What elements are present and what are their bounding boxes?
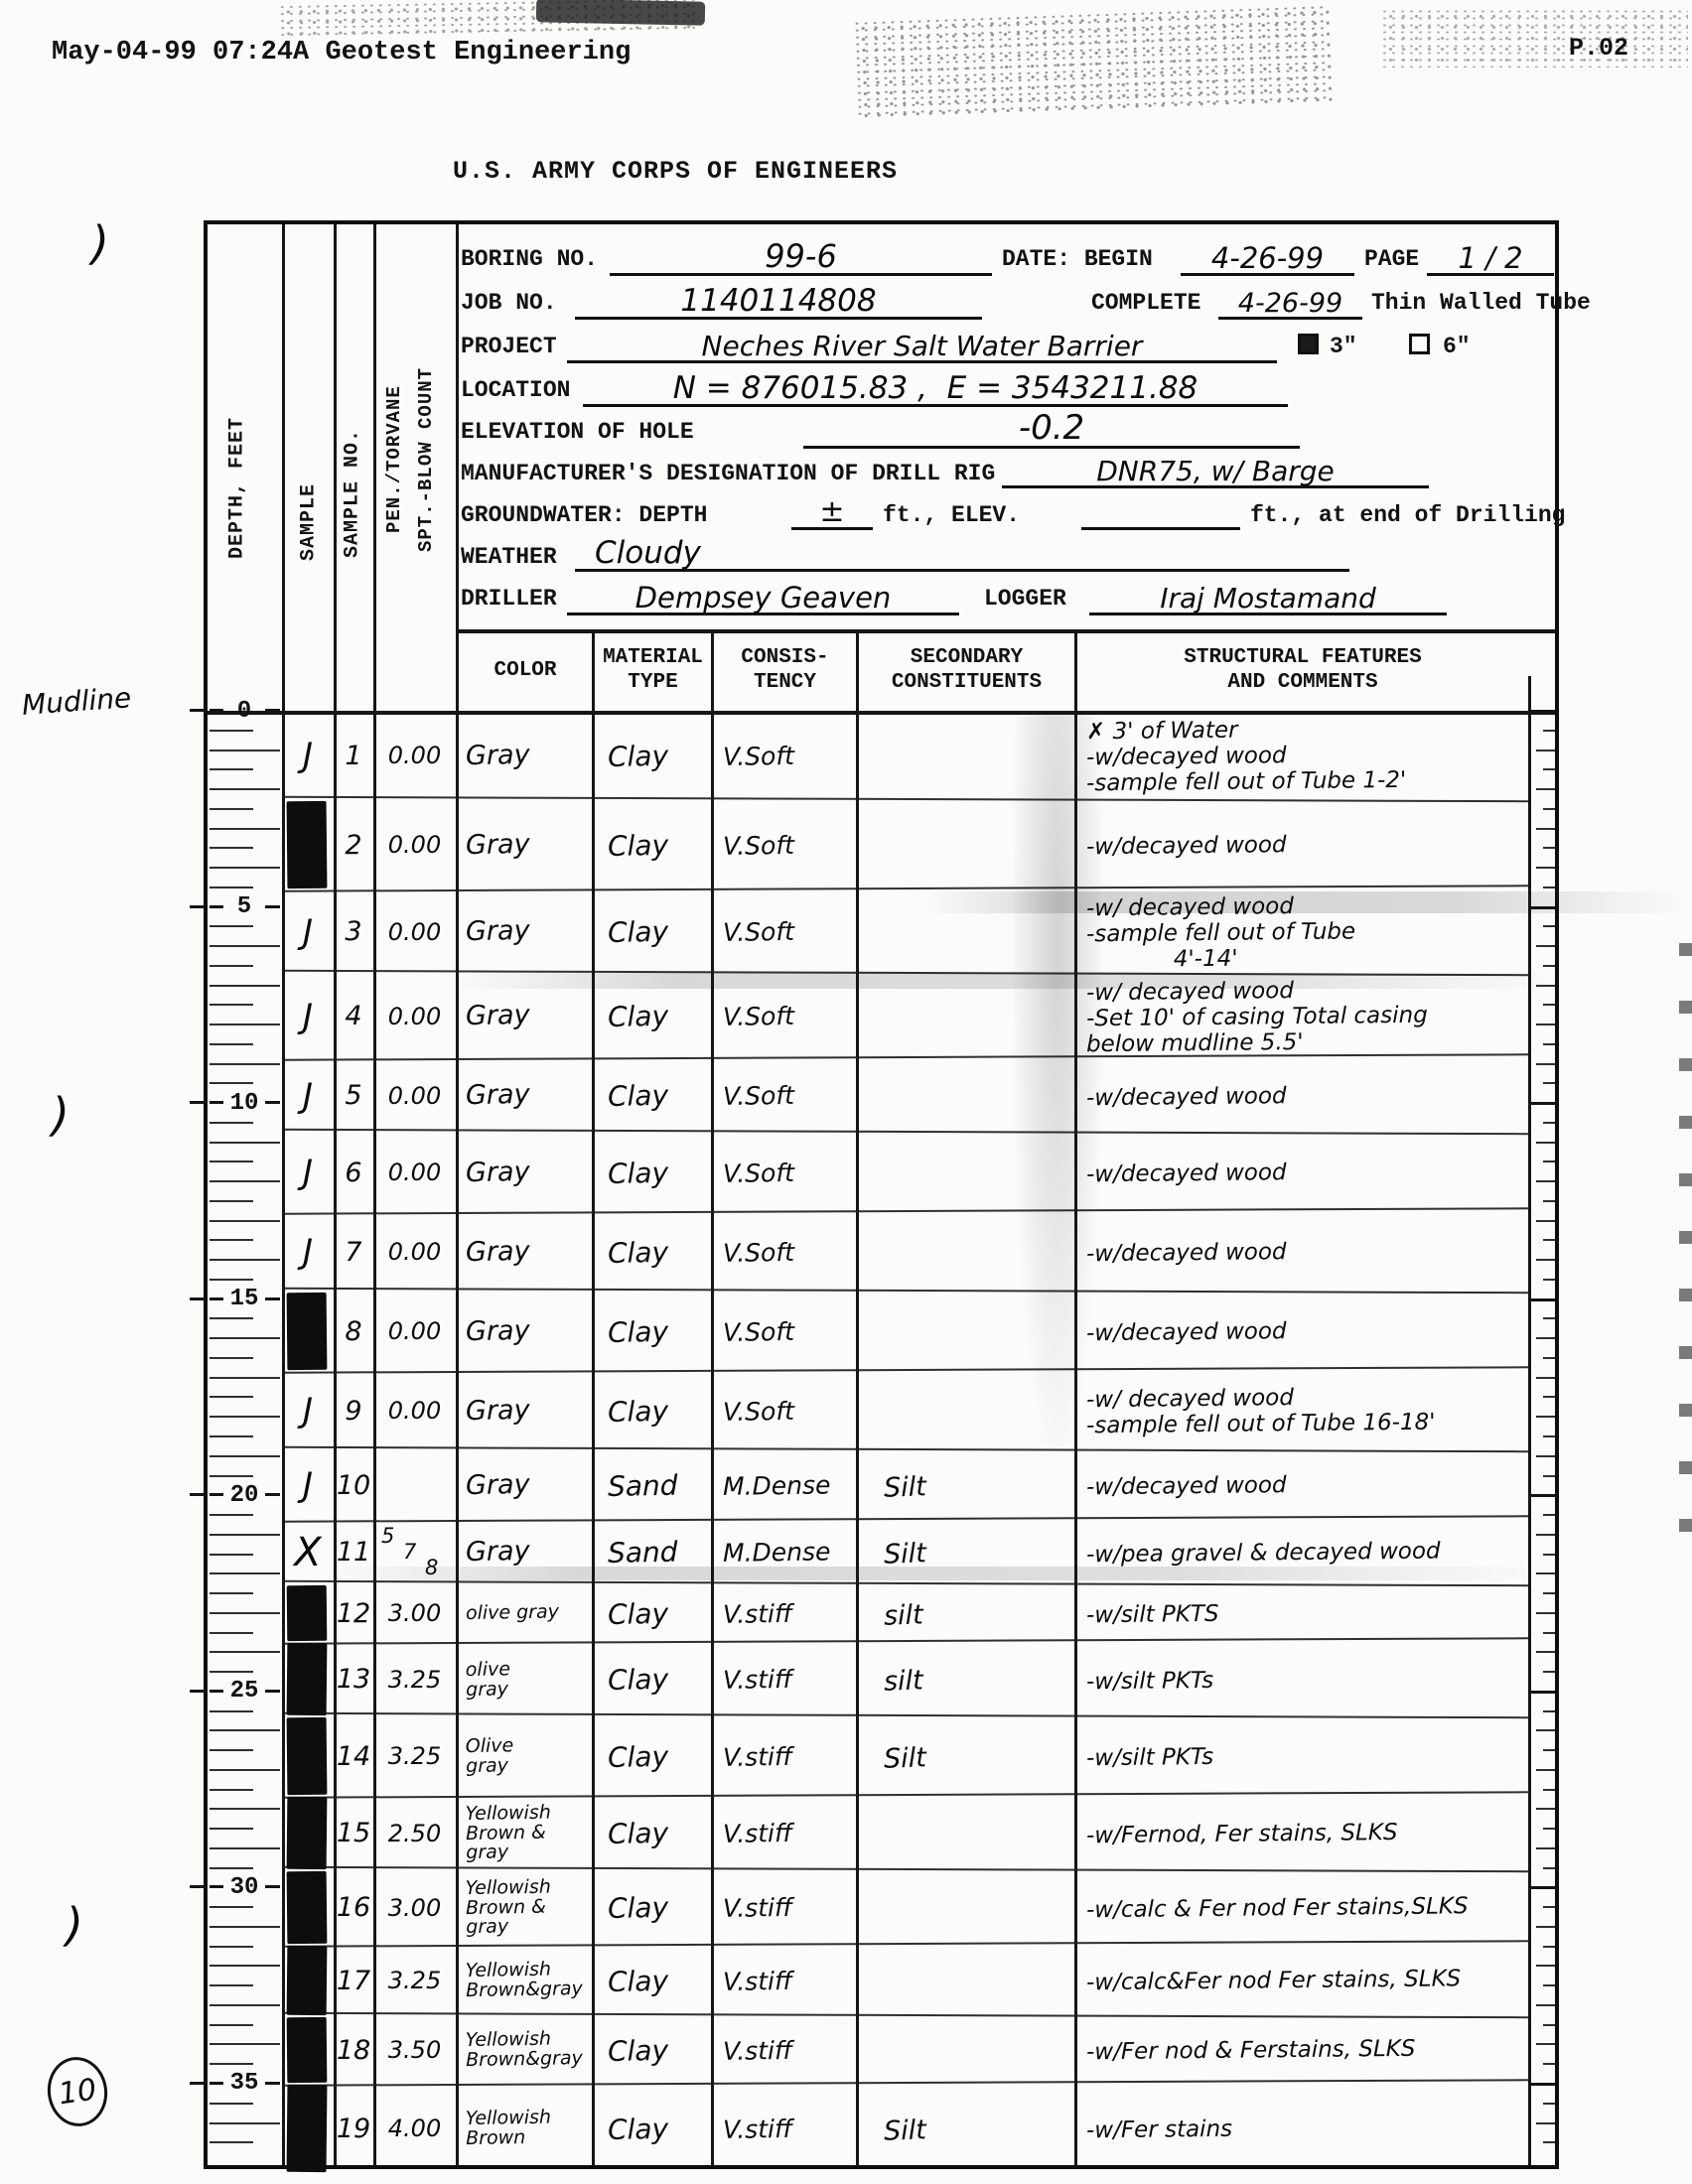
ruler-tick: [1536, 1965, 1555, 1967]
cell-comments: -w/pea gravel & decayed wood: [1086, 1523, 1518, 1581]
page-title: U.S. ARMY CORPS OF ENGINEERS: [452, 157, 899, 186]
ruler-tick: [1543, 1160, 1555, 1162]
depth-tick: [210, 1160, 253, 1162]
cell-consistency: V.stiff: [722, 1715, 852, 1797]
depth-tick: [210, 2122, 280, 2124]
sample-number: 18: [334, 2016, 373, 2084]
sample-number: 8: [334, 1292, 373, 1371]
depth-scale-label: 10: [221, 1087, 267, 1119]
cell-color: Yellowish Brown & gray: [465, 1869, 590, 1946]
ruler-tick: [1543, 808, 1555, 810]
depth-tick: [210, 828, 280, 830]
cell-comments: -w/ decayed wood-sample fell out of Tube…: [1086, 892, 1518, 971]
depth-tick: [210, 945, 280, 947]
ruler-tick: [1543, 1239, 1555, 1241]
ruler-tick: [1543, 847, 1555, 849]
comment-line: -w/calc & Fer nod Fer stains,SLKS: [1086, 1892, 1518, 1923]
depth-tick: [210, 1377, 280, 1379]
depth-tick: [210, 1808, 280, 1810]
cell-comments: -w/calc&Fer nod Fer stains, SLKS: [1086, 1948, 1518, 2013]
pen-torvane-value: 0.00: [373, 800, 456, 889]
sample-type-mark: J: [282, 1133, 334, 1212]
cell-comments: -w/Fernod, Fer stains, SLKS: [1086, 1799, 1518, 1867]
ruler-tick: [1543, 1828, 1555, 1830]
ruler-tick: [1543, 1082, 1555, 1084]
depth-tick: [210, 1671, 253, 1673]
depth-scale-label: 15: [221, 1284, 267, 1315]
depth-tick: [210, 768, 253, 770]
cell-material-type: Sand: [607, 1519, 707, 1585]
cell-consistency: V.Soft: [722, 710, 852, 801]
depth-tick: [210, 1749, 253, 1751]
ruler-tick: [1543, 1122, 1555, 1124]
depth-tick: [210, 2063, 253, 2065]
depth-tick: [210, 1847, 280, 1849]
comment-line: -Set 10' of casing Total casing: [1086, 1001, 1518, 1031]
cell-color: olive gray: [465, 1641, 590, 1717]
sample-number: 15: [334, 1796, 373, 1870]
depth-tick: [210, 1142, 280, 1144]
depth-tick: [210, 1180, 280, 1182]
circled-page-number: 10: [43, 2053, 111, 2130]
ruler-tick: [1543, 1592, 1555, 1594]
cell-secondary-constituents: Silt: [883, 1517, 1044, 1587]
depth-tick-dash: [265, 905, 280, 908]
cell-consistency: V.Soft: [722, 1370, 852, 1451]
ruler-tick: [1528, 1886, 1555, 1889]
ruler-tick: [1528, 1494, 1555, 1497]
cell-material-type: Clay: [607, 888, 708, 975]
ruler-tick: [1543, 730, 1555, 732]
cell-material-type: Sand: [607, 1449, 707, 1521]
cell-secondary-constituents: Silt: [883, 1713, 1045, 1799]
comment-line: -w/decayed wood: [1086, 1470, 1518, 1501]
ruler-tick: [1536, 750, 1555, 751]
pen-torvane-value: 3.00: [373, 1584, 456, 1642]
sample-number: 11: [334, 1520, 373, 1584]
ruler-tick: [1543, 965, 1555, 967]
comment-line: -w/calc&Fer nod Fer stains, SLKS: [1086, 1966, 1518, 1996]
ruler-tick: [1543, 887, 1555, 888]
sample-type-mark: J: [282, 1212, 334, 1292]
ruler-tick: [1536, 1651, 1555, 1653]
sample-interval-bar: [287, 1717, 328, 1795]
depth-tick: [210, 1435, 253, 1437]
log-body: 05101520253035J10.00GrayClayV.Soft✗ 3' o…: [208, 224, 1555, 2165]
depth-tick: [210, 1043, 253, 1045]
cell-consistency: V.Soft: [722, 1132, 852, 1213]
cell-comments: -w/calc & Fer nod Fer stains,SLKS: [1086, 1873, 1518, 1942]
depth-tick: [210, 985, 280, 987]
sample-number: 2: [334, 800, 373, 889]
depth-tick-dash: [190, 1101, 206, 1104]
cell-consistency: V.Soft: [722, 1211, 852, 1293]
margin-paren-mark: ): [52, 1088, 70, 1142]
ruler-tick: [1543, 1004, 1555, 1006]
cell-comments: -w/decayed wood: [1086, 1453, 1518, 1517]
sample-interval-bar: [287, 1797, 328, 1869]
pen-torvane-value: 0.00: [373, 711, 456, 800]
depth-tick: [210, 2043, 280, 2045]
ruler-tick: [1536, 985, 1555, 987]
comment-line: -w/silt PKTS: [1086, 1598, 1518, 1629]
cell-consistency: V.stiff: [723, 1583, 853, 1643]
ruler-tick: [1528, 906, 1555, 909]
ruler-tick: [1536, 1377, 1555, 1379]
pen-torvane-value: 0.00: [373, 1371, 456, 1450]
cell-color: Gray: [465, 1449, 590, 1521]
cell-secondary-constituents: silt: [883, 1639, 1045, 1719]
ruler-tick: [1543, 1514, 1555, 1516]
sample-number: 14: [334, 1716, 373, 1796]
ruler-tick: [1536, 1534, 1555, 1536]
depth-tick-dash: [265, 1493, 280, 1496]
sample-interval-bar: [287, 2085, 328, 2172]
depth-tick: [210, 1984, 253, 1986]
ruler-tick: [1536, 1416, 1555, 1418]
ruler-tick: [1543, 1435, 1555, 1437]
cell-comments: -w/Fer stains: [1086, 2087, 1518, 2170]
cell-material-type: Clay: [607, 1132, 708, 1213]
cell-color: Gray: [465, 710, 591, 801]
cell-color: Gray: [465, 1519, 590, 1585]
cell-consistency: V.stiff: [722, 1869, 852, 1946]
pen-torvane-value: 0.00: [373, 1058, 456, 1133]
cell-color: Gray: [465, 799, 591, 890]
depth-tick: [210, 1828, 253, 1830]
ruler-tick: [1536, 1612, 1555, 1614]
pen-torvane-value: 3.25: [373, 1716, 456, 1796]
comment-line: -sample fell out of Tube: [1086, 916, 1518, 947]
sample-number: 12: [334, 1584, 373, 1642]
ruler-tick: [1543, 2103, 1555, 2105]
sample-type-mark: J: [282, 711, 334, 800]
cell-color: Gray: [465, 1291, 590, 1372]
depth-tick-dash: [190, 1690, 206, 1693]
depth-tick-dash: [190, 905, 206, 908]
pen-torvane-value: 3.00: [373, 1870, 456, 1945]
comment-line: -w/silt PKTs: [1086, 1664, 1518, 1695]
cell-consistency: M.Dense: [723, 1449, 853, 1521]
depth-scale-label: 35: [221, 2068, 267, 2100]
cell-consistency: V.stiff: [723, 1944, 853, 2017]
depth-tick-dash: [265, 1297, 280, 1300]
ruler-tick: [1543, 1357, 1555, 1359]
comment-line: -w/silt PKTs: [1086, 1741, 1518, 1772]
comment-line: -w/decayed wood: [1086, 1080, 1518, 1111]
depth-tick: [210, 1867, 253, 1869]
cell-consistency: V.stiff: [722, 1795, 852, 1871]
cell-color: Yellowish Brown&gray: [465, 1944, 590, 2017]
cell-color: Gray: [465, 973, 590, 1059]
sample-type-mark: J: [282, 1058, 334, 1133]
ruler-tick: [1536, 1180, 1555, 1182]
ruler-tick: [1536, 1220, 1555, 1222]
mudline-annotation: Mudline: [21, 681, 132, 722]
ruler-tick: [1536, 1572, 1555, 1574]
cell-secondary-constituents: Silt: [883, 1447, 1044, 1523]
depth-tick: [210, 808, 253, 810]
depth-tick: [210, 1357, 253, 1359]
depth-tick: [210, 1710, 253, 1712]
depth-tick: [210, 1024, 280, 1025]
sample-type-mark: X: [282, 1520, 334, 1584]
depth-tick: [210, 1769, 280, 1771]
cell-consistency: M.Dense: [723, 1519, 853, 1585]
cell-color: Yellowish Brown & gray: [465, 1795, 590, 1871]
depth-tick: [210, 788, 280, 790]
depth-tick: [210, 1004, 253, 1006]
depth-tick: [210, 1651, 280, 1653]
cell-comments: -w/silt PKTs: [1086, 1719, 1518, 1793]
comment-line: -w/decayed wood: [1086, 830, 1518, 861]
depth-tick: [210, 1965, 280, 1967]
ruler-tick: [1536, 1729, 1555, 1731]
ruler-tick: [1536, 1024, 1555, 1025]
depth-tick: [210, 1632, 253, 1634]
ruler-tick: [1536, 1769, 1555, 1771]
ruler-tick: [1528, 1102, 1555, 1105]
pen-torvane-value: 3.25: [373, 1642, 456, 1716]
depth-tick: [210, 1906, 253, 1908]
comment-line: -sample fell out of Tube 16-18': [1086, 1409, 1518, 1439]
comment-line: -sample fell out of Tube 1-2': [1086, 766, 1518, 797]
depth-tick: [210, 1572, 280, 1574]
cell-consistency: V.Soft: [722, 1057, 852, 1134]
depth-tick: [210, 1239, 253, 1241]
sample-type-mark: J: [282, 889, 334, 974]
pen-torvane-value: 0.00: [373, 1212, 456, 1292]
depth-tick: [210, 965, 253, 967]
ruler-tick: [1536, 788, 1555, 790]
cell-comments: -w/silt PKTs: [1086, 1645, 1518, 1713]
depth-tick: [210, 925, 253, 927]
depth-tick: [210, 1259, 280, 1261]
cell-material-type: Clay: [607, 973, 708, 1059]
sample-interval-bar: [287, 1293, 328, 1370]
sample-number: 4: [334, 974, 373, 1058]
pen-torvane-value: 3.50: [373, 2016, 456, 2084]
sample-interval-bar: [287, 1643, 328, 1715]
pen-torvane-value: 3.25: [373, 1945, 456, 2016]
depth-tick: [210, 2103, 253, 2105]
depth-tick: [210, 1455, 280, 1457]
cell-comments: -w/decayed wood: [1086, 1136, 1518, 1209]
depth-tick: [210, 750, 280, 751]
cell-comments: -w/decayed wood: [1086, 1061, 1518, 1130]
cell-material-type: Clay: [607, 1944, 707, 2017]
cell-consistency: V.Soft: [722, 973, 852, 1059]
scanned-boring-log-page: May-04-99 07:24A Geotest Engineering P.0…: [0, 0, 1692, 2184]
depth-tick: [210, 887, 253, 888]
cell-color: Gray: [465, 1132, 590, 1213]
depth-tick: [210, 1279, 253, 1281]
comment-line: 4'-14': [1086, 942, 1518, 973]
comment-line: -w/Fer nod & Ferstains, SLKS: [1086, 2035, 1518, 2066]
sample-interval-bar: [287, 1871, 328, 1944]
ruler-tick: [1528, 1298, 1555, 1301]
cell-comments: -w/ decayed wood-sample fell out of Tube…: [1086, 1374, 1518, 1447]
pen-torvane-value: 4.00: [373, 2084, 456, 2173]
comment-line: -w/decayed wood: [1086, 1237, 1518, 1268]
sample-number: 19: [334, 2084, 373, 2173]
cell-comments: ✗ 3' of Water-w/decayed wood-sample fell…: [1086, 714, 1518, 797]
ruler-tick: [1536, 1455, 1555, 1457]
depth-scale-label: 20: [221, 1479, 267, 1511]
sample-number: 7: [334, 1212, 373, 1292]
scan-noise: [278, 0, 696, 38]
blow-count-value: 7: [403, 1540, 416, 1564]
pen-torvane-value: 2.50: [373, 1796, 456, 1870]
comment-line: -w/ decayed wood: [1086, 890, 1518, 921]
depth-tick: [210, 1592, 253, 1594]
depth-tick: [210, 730, 253, 732]
cell-material-type: Clay: [607, 1583, 707, 1643]
depth-tick: [210, 1789, 253, 1791]
cell-color: Olive gray: [465, 1715, 590, 1797]
depth-tick-dash: [265, 709, 280, 712]
cell-color: olive gray: [466, 1583, 591, 1643]
depth-tick: [210, 1200, 253, 1202]
cell-consistency: V.stiff: [723, 2015, 853, 2085]
blow-count-value: 5: [381, 1524, 394, 1548]
depth-tick-dash: [265, 1690, 280, 1693]
sample-number: 9: [334, 1371, 373, 1450]
ruler-tick: [1536, 1808, 1555, 1810]
cell-material-type: Clay: [607, 710, 708, 801]
depth-tick: [210, 1220, 280, 1222]
cell-comments: -w/Fer nod & Ferstains, SLKS: [1086, 2019, 1518, 2081]
scan-noise: [536, 0, 705, 26]
cell-color: Gray: [465, 1370, 590, 1451]
ruler-tick: [1528, 2083, 1555, 2086]
ruler-tick: [1536, 2004, 1555, 2006]
depth-tick: [210, 2024, 253, 2026]
sample-number: 6: [334, 1133, 373, 1212]
blow-count-value: 8: [425, 1556, 438, 1579]
ruler-tick: [1543, 1396, 1555, 1398]
ruler-tick: [1543, 1710, 1555, 1712]
depth-tick: [210, 1317, 253, 1319]
depth-tick: [210, 1612, 280, 1614]
depth-tick: [210, 1082, 253, 1084]
depth-tick: [210, 1554, 253, 1556]
cell-material-type: Clay: [607, 1795, 708, 1871]
depth-tick: [210, 1514, 253, 1516]
ruler-tick: [1543, 1906, 1555, 1908]
cell-secondary-constituents: Silt: [882, 2081, 1044, 2176]
cell-material-type: Clay: [607, 1291, 708, 1372]
boring-log-table: DEPTH, FEET SAMPLE SAMPLE NO. PEN./TORVA…: [204, 220, 1559, 2169]
sample-interval-bar: [287, 801, 328, 888]
depth-tick: [210, 2141, 253, 2143]
pen-torvane-value: 0.00: [373, 974, 456, 1058]
ruler-tick: [1543, 1984, 1555, 1986]
cell-comments: -w/decayed wood: [1086, 1295, 1518, 1368]
ruler-tick: [1543, 1554, 1555, 1556]
depth-tick-dash: [190, 709, 206, 712]
sample-interval-bar: [287, 2017, 328, 2083]
comment-line: -w/Fer stains: [1086, 2114, 1518, 2144]
ruler-tick: [1536, 1337, 1555, 1339]
fax-header-left: May-04-99 07:24A Geotest Engineering: [52, 38, 631, 68]
cell-consistency: V.Soft: [722, 888, 852, 975]
comment-line: below mudline 5.5': [1086, 1026, 1518, 1057]
ruler-tick: [1536, 2043, 1555, 2045]
depth-tick: [210, 1063, 280, 1065]
sample-number: 10: [334, 1450, 373, 1520]
depth-tick: [210, 1946, 253, 1948]
ruler-tick: [1536, 1063, 1555, 1065]
depth-tick: [210, 2004, 280, 2006]
cell-color: Yellowish Brown: [465, 2083, 591, 2174]
cell-consistency: V.Soft: [722, 1291, 852, 1372]
comment-line: -w/decayed wood: [1086, 1316, 1518, 1347]
cell-material-type: Clay: [607, 1869, 708, 1946]
cell-color: Yellowish Brown&gray: [465, 2015, 590, 2085]
cell-comments: -w/decayed wood: [1086, 803, 1518, 887]
sample-number: 17: [334, 1945, 373, 2016]
ruler-tick: [1543, 1671, 1555, 1673]
depth-tick: [210, 1122, 253, 1124]
depth-tick-dash: [265, 1885, 280, 1888]
ruler-tick: [1543, 1789, 1555, 1791]
margin-paren-mark: ): [66, 1898, 83, 1952]
cell-comments: -w/decayed wood: [1086, 1215, 1518, 1289]
sample-interval-bar: [287, 1585, 328, 1641]
cell-color: Gray: [465, 888, 590, 975]
comment-line: -w/Fernod, Fer stains, SLKS: [1086, 1818, 1518, 1848]
sample-number: 13: [334, 1642, 373, 1716]
cell-material-type: Clay: [607, 799, 708, 890]
cell-material-type: Clay: [607, 1057, 708, 1134]
comment-line: -w/decayed wood: [1086, 1158, 1518, 1188]
depth-tick: [210, 1534, 280, 1536]
depth-scale-label: 25: [221, 1676, 267, 1707]
cell-material-type: Clay: [607, 1641, 708, 1717]
ruler-tick: [1543, 1867, 1555, 1869]
cell-comments: -w/silt PKTS: [1086, 1587, 1518, 1639]
ruler-tick: [1543, 925, 1555, 927]
ruler-tick: [1528, 710, 1555, 713]
depth-tick-dash: [190, 1297, 206, 1300]
cell-comments: -w/ decayed wood-Set 10' of casing Total…: [1086, 977, 1518, 1055]
sample-number: 16: [334, 1870, 373, 1945]
depth-tick: [210, 1337, 280, 1339]
comment-line: -w/pea gravel & decayed wood: [1086, 1537, 1518, 1568]
sample-type-mark: J: [282, 1450, 334, 1520]
cell-material-type: Clay: [607, 1715, 708, 1797]
cell-material-type: Clay: [607, 2015, 707, 2085]
ruler-tick: [1543, 768, 1555, 770]
sample-number: 5: [334, 1058, 373, 1133]
cell-consistency: V.Soft: [722, 799, 852, 890]
depth-tick: [210, 1416, 280, 1418]
fax-page-number: P.02: [1569, 34, 1628, 63]
ruler-tick: [1536, 2122, 1555, 2124]
ruler-tick: [1536, 945, 1555, 947]
sample-type-mark: J: [282, 974, 334, 1058]
sample-interval-bar: [287, 1946, 328, 2015]
depth-tick: [210, 1729, 280, 1731]
ruler-tick: [1536, 1259, 1555, 1261]
pen-torvane-value: 0.00: [373, 889, 456, 974]
ruler-tick: [1536, 1142, 1555, 1144]
sample-type-mark: J: [282, 1371, 334, 1450]
ruler-tick: [1536, 1926, 1555, 1928]
cell-material-type: Clay: [607, 2083, 708, 2174]
ruler-tick: [1543, 1946, 1555, 1948]
